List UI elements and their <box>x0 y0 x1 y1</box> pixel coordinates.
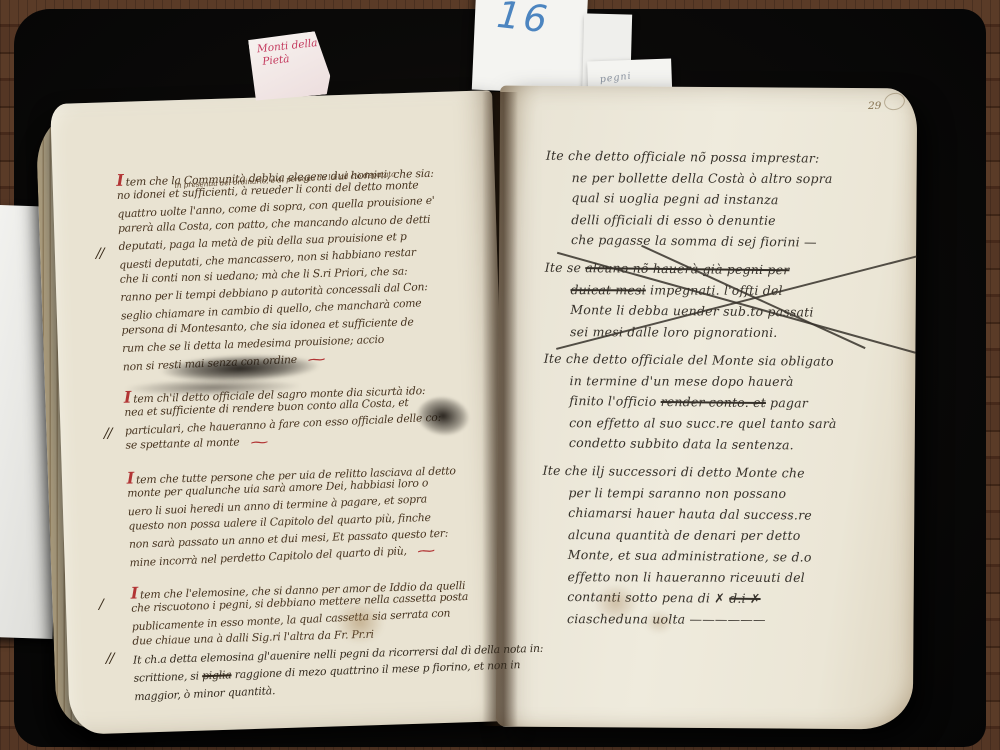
manuscript-paragraph: Item ch'il detto officiale del sagro mon… <box>124 376 498 457</box>
manuscript-line: con effetto al suo succ.re quel tanto sa… <box>569 415 901 437</box>
manuscript-line: duicat mesi impegnati. l'offti del <box>570 282 902 304</box>
manuscript-line: effetto non li haueranno riceuuti del <box>567 569 899 591</box>
manuscript-paragraph: Item che la Communità debbia elegere dui… <box>116 159 495 376</box>
manuscript-line: che pagasse la somma di sej fiorini — <box>571 232 903 256</box>
right-page-text: Ite che detto officiale nõ possa imprest… <box>567 148 904 641</box>
red-flourish-icon: ~ <box>248 436 270 450</box>
manuscript-paragraph: Item che l'elemosine, che si danno per a… <box>130 572 504 653</box>
manuscript-line: contanti sotto pena di ✗ d.i ✗ <box>567 589 899 613</box>
manuscript-paragraph: Ite che detto officiale nõ possa imprest… <box>571 148 904 256</box>
rubric-initial: I <box>130 583 138 602</box>
manuscript-line: alcuna quantità de denari per detto <box>568 527 900 549</box>
folio-number: 29 <box>868 100 881 112</box>
manuscript-line: in termine d'un mese dopo hauerà <box>569 373 901 395</box>
manuscript-paragraph: Item che tutte persone che per uia de re… <box>126 457 501 572</box>
margin-mark: / <box>99 597 103 613</box>
archival-photo: { "scene": { "description": "Open manusc… <box>0 0 1000 750</box>
manuscript-line: Monte li debba uender sub.to passati <box>570 302 902 326</box>
manuscript-line: condetto subbito data la sentenza. <box>569 435 901 459</box>
manuscript-line: Monte, et sua administratione, se d.o <box>568 547 900 571</box>
rubric-initial: I <box>126 468 134 487</box>
red-flourish-icon: ~ <box>416 544 438 558</box>
left-page-text: Item che la Communità debbia elegere dui… <box>116 159 507 719</box>
manuscript-line: Ite che detto officiale del Monte sia ob… <box>544 351 902 376</box>
manuscript-line: Ite che detto officiale nõ possa imprest… <box>546 148 904 173</box>
manuscript-paragraph: Ite se alcuno nõ hauerà già pegni perdui… <box>570 260 903 347</box>
margin-mark: // <box>96 246 103 262</box>
number-tab-value: 16 <box>495 0 553 42</box>
manuscript-line: ciascheduna uolta —————— <box>567 611 899 633</box>
rubric-initial: I <box>124 388 132 407</box>
manuscript-line: ne per bollette della Costà ò altro sopr… <box>572 170 904 192</box>
rubric-initial: I <box>116 171 124 190</box>
manuscript-line: sei mesi dalle loro pignorationi. <box>570 324 902 346</box>
margin-mark: // <box>104 426 111 442</box>
manuscript-line: Ite se alcuno nõ hauerà già pegni per <box>545 260 903 285</box>
manuscript-paragraph: Ite che detto officiale del Monte sia ob… <box>569 351 902 459</box>
number-tab: 16 <box>472 0 588 94</box>
red-flourish-icon: ~ <box>306 353 328 367</box>
manuscript-line: delli officiali di esso ò denuntie <box>571 212 903 234</box>
manuscript-line: finito l'officio render conto. et pagar <box>569 393 901 417</box>
manuscript-line: per li tempi saranno non possano <box>568 485 900 507</box>
manuscript-line: Ite che ilj successori di detto Monte ch… <box>542 463 900 488</box>
manuscript-paragraph: It ch.a detta elemosina gl'auenire nelli… <box>133 642 507 706</box>
manuscript-line: chiamarsi hauer hauta dal success.re <box>568 505 900 529</box>
pegni-tab-label: pegni <box>599 71 632 86</box>
margin-mark: // <box>106 651 113 667</box>
manuscript-paragraph: Ite che ilj successori di detto Monte ch… <box>567 463 901 634</box>
manuscript-line: qual si uoglia pegni ad instanza <box>571 190 903 214</box>
